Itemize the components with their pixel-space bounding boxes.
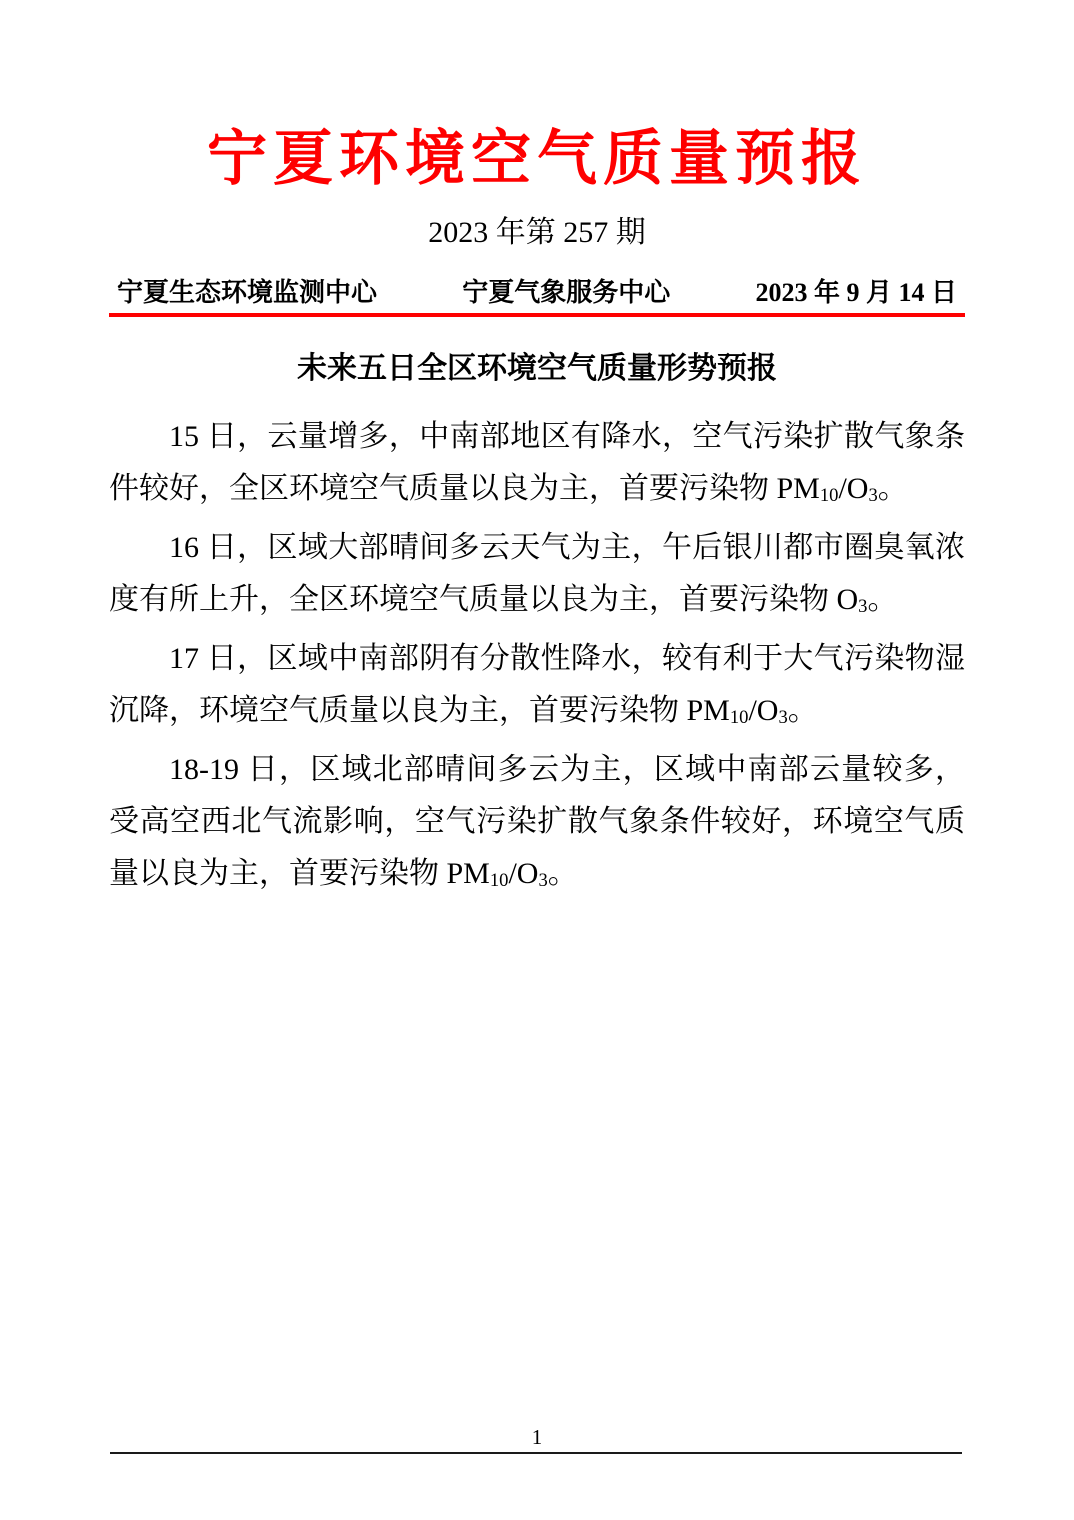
document-content: 宁夏环境空气质量预报 2023 年第 257 期 宁夏生态环境监测中心 宁夏气象… (109, 122, 965, 900)
text-segment: 。 (867, 583, 897, 616)
document-page: 宁夏环境空气质量预报 2023 年第 257 期 宁夏生态环境监测中心 宁夏气象… (0, 0, 1074, 1520)
issue-date: 2023 年 9 月 14 日 (755, 276, 957, 310)
header-red-rule (109, 313, 965, 317)
forecast-paragraphs: 15 日，云量增多，中南部地区有降水，空气污染扩散气象条件较好，全区环境空气质量… (109, 411, 965, 900)
text-segment: 16 日，区域大部晴间多云天气为主，午后银川都市圈臭氧浓度有所上升，全区环境空气… (109, 531, 965, 616)
issue-number: 2023 年第 257 期 (109, 214, 965, 252)
pollutant-subscript: 10 (820, 485, 839, 506)
pollutant-subscript: 3 (868, 485, 877, 506)
pollutant-subscript: 10 (730, 707, 749, 728)
page-number: 1 (0, 1424, 1074, 1450)
text-segment: /O (838, 472, 868, 505)
org-weather-center: 宁夏气象服务中心 (462, 276, 670, 310)
text-segment: /O (508, 857, 538, 890)
pollutant-subscript: 10 (490, 870, 509, 891)
org-monitoring-center: 宁夏生态环境监测中心 (117, 276, 377, 310)
text-segment: /O (748, 694, 778, 727)
header-org-row: 宁夏生态环境监测中心 宁夏气象服务中心 2023 年 9 月 14 日 (109, 276, 965, 310)
pollutant-subscript: 3 (538, 870, 547, 891)
text-segment: 。 (548, 857, 578, 890)
footer-rule (110, 1452, 962, 1454)
section-heading: 未来五日全区环境空气质量形势预报 (109, 349, 965, 389)
doc-title: 宁夏环境空气质量预报 (109, 122, 965, 196)
forecast-paragraph: 17 日，区域中南部阴有分散性降水，较有利于大气污染物湿沉降，环境空气质量以良为… (109, 633, 965, 737)
text-segment: 。 (878, 472, 908, 505)
text-segment: 。 (788, 694, 818, 727)
forecast-paragraph: 16 日，区域大部晴间多云天气为主，午后银川都市圈臭氧浓度有所上升，全区环境空气… (109, 522, 965, 626)
pollutant-subscript: 3 (858, 596, 867, 617)
pollutant-subscript: 3 (778, 707, 787, 728)
forecast-paragraph: 18-19 日，区域北部晴间多云为主，区域中南部云量较多，受高空西北气流影响，空… (109, 744, 965, 900)
forecast-paragraph: 15 日，云量增多，中南部地区有降水，空气污染扩散气象条件较好，全区环境空气质量… (109, 411, 965, 515)
text-segment: 17 日，区域中南部阴有分散性降水，较有利于大气污染物湿沉降，环境空气质量以良为… (109, 642, 965, 727)
